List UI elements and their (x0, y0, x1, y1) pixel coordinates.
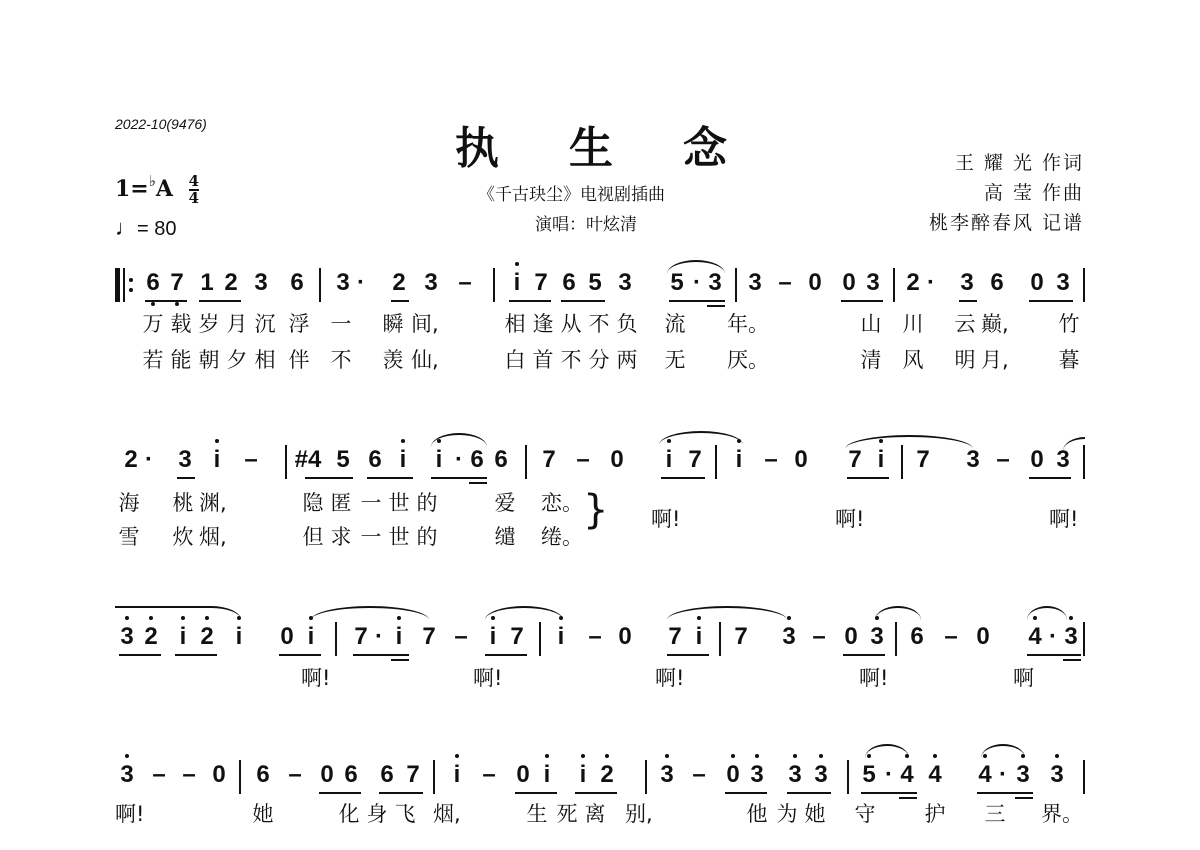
slur (659, 431, 743, 445)
barline (335, 622, 337, 656)
lyric-char: 一 (359, 487, 383, 517)
dash: – (179, 760, 199, 790)
dash: – (775, 268, 795, 298)
lyric-char: 啊 (1013, 662, 1063, 692)
lyric-char: 年。 (727, 308, 777, 338)
lyric-char: 别, (625, 798, 665, 828)
note: i (301, 622, 321, 652)
lyric-char: 三 (983, 798, 1007, 828)
lyric-char: 啊! (651, 503, 701, 533)
note: i (389, 622, 409, 652)
lyric-char: 山 (859, 308, 883, 338)
lyric-char: 沉 (253, 308, 277, 338)
note: 0 (1027, 445, 1047, 475)
note: 0 (277, 622, 297, 652)
note: 6 (377, 760, 397, 790)
note: 5 (333, 445, 353, 475)
note: 3 (745, 268, 765, 298)
key-signature: 1=♭A 4 4 (115, 172, 199, 206)
lyric-char: 缱 (493, 521, 517, 551)
lyric-char: 岁 (197, 308, 221, 338)
barline (1083, 622, 1085, 656)
lyric-char: 朝 (197, 344, 221, 374)
dot: · (139, 445, 159, 475)
dash: – (149, 760, 169, 790)
note: i (173, 622, 193, 652)
dash: – (809, 622, 829, 652)
barline (715, 445, 717, 479)
lyric-char: 身 (365, 798, 389, 828)
note: 7 (167, 268, 187, 298)
note: 3 (779, 622, 799, 652)
note: 7 (419, 622, 439, 652)
barline (319, 268, 321, 302)
dash: – (573, 445, 593, 475)
lyric-char: 仙, (411, 344, 451, 374)
brace-icon: } (583, 487, 608, 533)
note: 0 (723, 760, 743, 790)
lyric-char: 风 (901, 344, 925, 374)
note: 2 (597, 760, 617, 790)
barline (1083, 760, 1085, 794)
note: i (659, 445, 679, 475)
note: i (573, 760, 593, 790)
note: 2 (221, 268, 241, 298)
note: 5 (859, 760, 879, 790)
lyric-char: 雪 (117, 521, 141, 551)
score-code: 2022-10(9476) (115, 116, 207, 132)
note: 6 (287, 268, 307, 298)
lyric-char: 从 (559, 308, 583, 338)
slur (667, 260, 725, 274)
lyric-char: 匿 (329, 487, 353, 517)
lyric-char: 飞 (393, 798, 417, 828)
lyric-char: 啊! (115, 798, 165, 828)
key-label: 1= (115, 176, 149, 202)
dash: – (451, 622, 471, 652)
note: i (729, 445, 749, 475)
lyric-char: 啊! (835, 503, 885, 533)
note: 5 (585, 268, 605, 298)
note: 7 (665, 622, 685, 652)
lyric-char: 世 (387, 521, 411, 551)
lyric-char: 间, (411, 308, 451, 338)
lyric-char: 不 (587, 308, 611, 338)
note: 7 (731, 622, 751, 652)
barline (285, 445, 287, 479)
lyric-char: 为 (775, 798, 799, 828)
barline (847, 760, 849, 794)
slur (1063, 437, 1085, 451)
lyric-char: 界。 (1041, 798, 1091, 828)
lyric-char: 瞬 (381, 308, 405, 338)
note: 6 (341, 760, 361, 790)
dash: – (479, 760, 499, 790)
lyric-char: 月, (981, 344, 1021, 374)
slur (981, 744, 1025, 758)
note: 3 (117, 760, 137, 790)
lyric-char: 渊, (199, 487, 239, 517)
slur (115, 606, 241, 620)
note: 0 (805, 268, 825, 298)
note: 3 (615, 268, 635, 298)
flat-icon: ♭ (149, 172, 156, 190)
barline (539, 622, 541, 656)
note: 3 (657, 760, 677, 790)
dot: · (993, 760, 1013, 790)
note: 0 (513, 760, 533, 790)
slur (1027, 606, 1067, 620)
note: i (393, 445, 413, 475)
lyric-char: 化 (337, 798, 361, 828)
lyric-char: 夕 (225, 344, 249, 374)
note: 3 (811, 760, 831, 790)
lyric-char: 流 (663, 308, 687, 338)
lyric-char: 分 (587, 344, 611, 374)
lyric-char: 万 (141, 308, 165, 338)
note: 2 (389, 268, 409, 298)
note: 2 (141, 622, 161, 652)
lyric-char: 一 (329, 308, 353, 338)
lyric-char: 月 (225, 308, 249, 338)
note: 3 (251, 268, 271, 298)
note: 4 (925, 760, 945, 790)
song-title: 执生念 (455, 112, 797, 176)
note: 3 (175, 445, 195, 475)
barline (645, 760, 647, 794)
lyric-char: 清 (859, 344, 883, 374)
lyric-char: 她 (251, 798, 275, 828)
lyric-char: 厌。 (727, 344, 777, 374)
song-subtitle: 《千古玦尘》电视剧插曲 (478, 180, 665, 205)
barline (525, 445, 527, 479)
lyric-char: 巅, (981, 308, 1021, 338)
slur (667, 606, 787, 620)
note: 0 (607, 445, 627, 475)
lyric-char: 明 (953, 344, 977, 374)
lyric-char: 首 (531, 344, 555, 374)
note: 3 (963, 445, 983, 475)
note: i (551, 622, 571, 652)
lyric-char: 海 (117, 487, 141, 517)
note: 2 (903, 268, 923, 298)
barline (735, 268, 737, 302)
dash: – (285, 760, 305, 790)
lyric-char: 死 (555, 798, 579, 828)
barline (493, 268, 495, 302)
dot: · (921, 268, 941, 298)
note: 3 (1013, 760, 1033, 790)
quarter-note-icon: ♩ (115, 215, 137, 240)
lyric-char: 但 (301, 521, 325, 551)
note: 2 (197, 622, 217, 652)
lyric-char: 负 (615, 308, 639, 338)
lyric-char: 烟, (433, 798, 473, 828)
note: 7 (845, 445, 865, 475)
dot: · (1043, 622, 1063, 652)
dash: – (941, 622, 961, 652)
lyric-char: 能 (169, 344, 193, 374)
dash: – (241, 445, 261, 475)
note: 6 (365, 445, 385, 475)
note: 0 (317, 760, 337, 790)
note: 6 (559, 268, 579, 298)
note: 7 (351, 622, 371, 652)
dot: · (369, 622, 389, 652)
lyric-char: 隐 (301, 487, 325, 517)
lyric-char: 竹 (1057, 308, 1081, 338)
note: 0 (615, 622, 635, 652)
note: 0 (841, 622, 861, 652)
tempo-marking: ♩= 80 (115, 215, 176, 241)
note: 3 (957, 268, 977, 298)
barline (1083, 445, 1085, 479)
note: 6 (467, 445, 487, 475)
lyric-char: 浮 (287, 308, 311, 338)
dash: – (585, 622, 605, 652)
barline (433, 760, 435, 794)
note: i (229, 622, 249, 652)
time-signature: 4 4 (189, 174, 199, 206)
note: 4 (975, 760, 995, 790)
transcriber-credit: 桃李醉春风 记谱 (929, 208, 1084, 235)
note: 7 (507, 622, 527, 652)
tempo-value: = 80 (137, 218, 176, 240)
lyric-char: 白 (503, 344, 527, 374)
note: 6 (491, 445, 511, 475)
barline (239, 760, 241, 794)
lyric-char: 一 (359, 521, 383, 551)
lyric-char: 啊! (655, 662, 705, 692)
barline (895, 622, 897, 656)
note: 0 (209, 760, 229, 790)
lyric-char: 啊! (473, 662, 523, 692)
note: 6 (253, 760, 273, 790)
time-denominator: 4 (189, 191, 199, 206)
note: 3 (333, 268, 353, 298)
lyric-char: 的 (415, 521, 439, 551)
note: 0 (1027, 268, 1047, 298)
note: i (871, 445, 891, 475)
note: 7 (531, 268, 551, 298)
note: 6 (907, 622, 927, 652)
dot: · (879, 760, 899, 790)
lyric-char: 恋。 (541, 487, 581, 517)
slur (845, 435, 973, 449)
lyric-char: 暮 (1057, 344, 1081, 374)
note: 6 (987, 268, 1007, 298)
lyric-char: 绻。 (541, 521, 581, 551)
lyric-char: 守 (853, 798, 877, 828)
lyric-char: 求 (329, 521, 353, 551)
slur (485, 606, 563, 620)
sharp-note: #4 (293, 445, 323, 475)
lyric-char: 川 (901, 308, 925, 338)
note: i (429, 445, 449, 475)
note: 3 (1053, 268, 1073, 298)
lyric-char: 炊 (171, 521, 195, 551)
slur (875, 606, 921, 620)
note: i (483, 622, 503, 652)
dash: – (993, 445, 1013, 475)
lyric-char: 爱 (493, 487, 517, 517)
singer-credit: 演唱：叶炫清 (535, 210, 637, 235)
note: 4 (1025, 622, 1045, 652)
note: i (507, 268, 527, 298)
note: 6 (143, 268, 163, 298)
note: 3 (421, 268, 441, 298)
note: i (537, 760, 557, 790)
barline (901, 445, 903, 479)
lyric-char: 的 (415, 487, 439, 517)
barline (719, 622, 721, 656)
key-note: A (156, 176, 173, 202)
slur (311, 606, 429, 620)
composer-credit: 高 莹 作曲 (984, 178, 1084, 205)
note: 3 (1061, 622, 1081, 652)
lyric-char: 羡 (381, 344, 405, 374)
note: 0 (839, 268, 859, 298)
dash: – (689, 760, 709, 790)
lyric-char: 逢 (531, 308, 555, 338)
lyric-char: 他 (745, 798, 769, 828)
slur (431, 433, 487, 447)
lyric-char: 离 (583, 798, 607, 828)
note: 2 (121, 445, 141, 475)
lyric-char: 护 (923, 798, 947, 828)
note: 1 (197, 268, 217, 298)
lyricist-credit: 王 耀 光 作词 (955, 148, 1084, 175)
barline (1083, 268, 1085, 302)
lyric-char: 若 (141, 344, 165, 374)
note: 0 (791, 445, 811, 475)
lyric-char: 生 (525, 798, 549, 828)
note: 4 (897, 760, 917, 790)
note: 7 (685, 445, 705, 475)
lyric-char: 相 (503, 308, 527, 338)
note: 3 (867, 622, 887, 652)
note: i (207, 445, 227, 475)
slur (865, 744, 909, 758)
note: 3 (863, 268, 883, 298)
note: 3 (785, 760, 805, 790)
dash: – (761, 445, 781, 475)
lyric-char: 桃 (171, 487, 195, 517)
lyric-char: 伴 (287, 344, 311, 374)
lyric-char: 世 (387, 487, 411, 517)
dot: · (449, 445, 469, 475)
lyric-char: 相 (253, 344, 277, 374)
note: 3 (1047, 760, 1067, 790)
dash: – (455, 268, 475, 298)
lyric-char: 她 (803, 798, 827, 828)
lyric-char: 啊! (1049, 503, 1099, 533)
note: 7 (539, 445, 559, 475)
note: i (689, 622, 709, 652)
note: i (447, 760, 467, 790)
barline (893, 268, 895, 302)
lyric-char: 不 (559, 344, 583, 374)
note: 7 (403, 760, 423, 790)
lyric-char: 载 (169, 308, 193, 338)
note: 7 (913, 445, 933, 475)
note: 3 (747, 760, 767, 790)
lyric-char: 两 (615, 344, 639, 374)
lyric-char: 啊! (301, 662, 351, 692)
lyric-char: 无 (663, 344, 687, 374)
note: 0 (973, 622, 993, 652)
lyric-char: 啊! (859, 662, 909, 692)
lyric-char: 烟, (199, 521, 239, 551)
lyric-char: 云 (953, 308, 977, 338)
dot: · (351, 268, 371, 298)
note: 3 (117, 622, 137, 652)
lyric-char: 不 (329, 344, 353, 374)
